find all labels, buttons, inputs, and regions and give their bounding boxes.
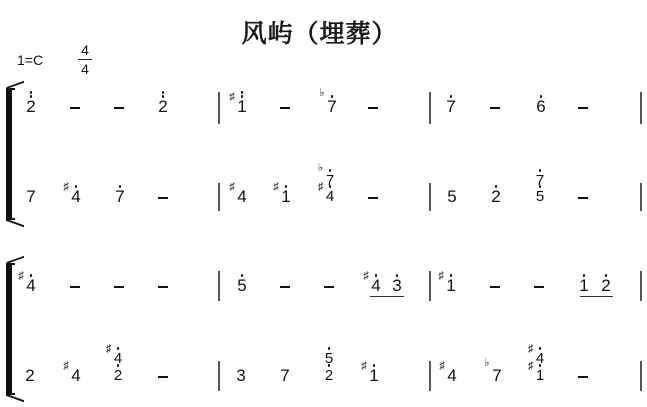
- note: ♯4: [442, 367, 462, 385]
- note: 7: [441, 98, 461, 116]
- key-signature: 1=C: [17, 52, 43, 68]
- barline: [429, 361, 431, 391]
- dash: [280, 107, 290, 109]
- note: ♯1: [364, 367, 384, 385]
- time-signature: 4 4: [78, 42, 92, 77]
- barline: [429, 183, 431, 211]
- note: 5: [442, 188, 462, 206]
- system-2-bracket: [6, 263, 15, 395]
- time-signature-denominator: 4: [78, 60, 92, 77]
- note: ♯4: [66, 367, 86, 385]
- barline: [218, 183, 220, 211]
- sharp-icon: ♯: [318, 182, 324, 193]
- eighth-note: 1: [574, 277, 594, 295]
- score-title-text: 风屿（埋葬）: [241, 19, 397, 48]
- dash: [280, 286, 290, 288]
- sharp-icon: ♯: [528, 361, 534, 372]
- barline: [640, 361, 642, 391]
- chord-note-lower: 2: [108, 367, 128, 385]
- note: 2: [21, 98, 41, 116]
- note: 7: [110, 188, 130, 206]
- flat-icon: ♭: [318, 163, 323, 174]
- eighth-note: 2: [596, 277, 616, 295]
- note: 2: [486, 188, 506, 206]
- dash: [114, 107, 124, 109]
- chord-note-lower: 2: [319, 367, 339, 385]
- dash: [114, 286, 124, 288]
- sharp-icon: ♯: [229, 182, 235, 193]
- dash: [158, 286, 168, 288]
- barline: [640, 271, 642, 301]
- sharp-icon: ♯: [363, 271, 369, 282]
- note: 7: [21, 188, 41, 206]
- note: ♭7: [322, 98, 342, 116]
- note: ♭7: [487, 367, 507, 385]
- sharp-icon: ♯: [229, 92, 235, 103]
- flat-icon: ♭: [319, 88, 324, 99]
- sharp-icon: ♯: [18, 271, 24, 282]
- note: ♯4: [21, 277, 41, 295]
- barline: [218, 361, 220, 391]
- sharp-icon: ♯: [361, 361, 367, 372]
- eighth-note: ♯4: [366, 277, 386, 295]
- score-title: 风屿（埋葬）: [0, 14, 647, 50]
- chord-note-lower: 5: [530, 188, 550, 206]
- dash: [490, 286, 500, 288]
- note: 2: [20, 367, 40, 385]
- eighth-underline: [370, 296, 404, 297]
- time-signature-numerator: 4: [78, 42, 92, 60]
- sharp-icon: ♯: [106, 344, 112, 355]
- dash: [368, 107, 378, 109]
- note: 6: [531, 98, 551, 116]
- sharp-icon: ♯: [438, 271, 444, 282]
- sharp-icon: ♯: [439, 361, 445, 372]
- note: ♯1: [276, 188, 296, 206]
- note: 2: [153, 98, 173, 116]
- eighth-note: 3: [387, 277, 407, 295]
- note: 7: [275, 367, 295, 385]
- sharp-icon: ♯: [63, 182, 69, 193]
- eighth-underline: [580, 296, 613, 297]
- note: 5: [232, 277, 252, 295]
- dash: [368, 197, 378, 199]
- note: 3: [231, 367, 251, 385]
- note: ♯1: [441, 277, 461, 295]
- dash: [578, 376, 588, 378]
- flat-icon: ♭: [484, 358, 489, 369]
- dash: [490, 107, 500, 109]
- dash: [70, 107, 80, 109]
- dash: [324, 286, 334, 288]
- system-1-bracket: [6, 88, 15, 220]
- dash: [578, 197, 588, 199]
- barline: [429, 92, 431, 124]
- dash: [578, 107, 588, 109]
- dash: [158, 197, 168, 199]
- barline: [218, 92, 220, 124]
- barline: [640, 92, 642, 124]
- note: ♯4: [232, 188, 252, 206]
- chord-note-lower: ♯1: [530, 367, 550, 385]
- dash: [70, 286, 80, 288]
- dash: [158, 376, 168, 378]
- note: ♯4: [66, 188, 86, 206]
- sharp-icon: ♯: [273, 182, 279, 193]
- sharp-icon: ♯: [63, 361, 69, 372]
- note: ♯1: [232, 98, 252, 116]
- barline: [218, 271, 220, 301]
- sharp-icon: ♯: [528, 344, 534, 355]
- barline: [640, 183, 642, 211]
- dash: [534, 286, 544, 288]
- chord-note-lower: ♯4: [320, 188, 340, 206]
- barline: [429, 271, 431, 301]
